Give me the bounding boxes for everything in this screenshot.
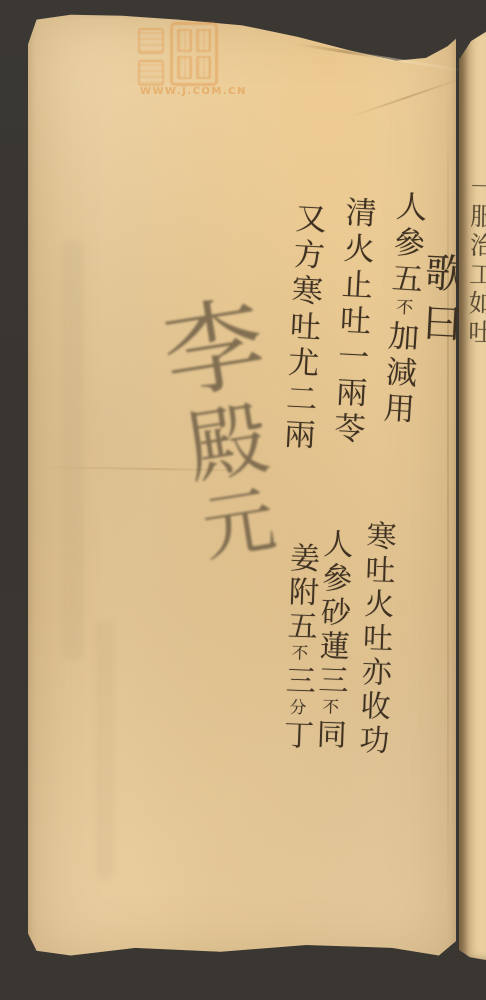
verse-text: 丁 — [277, 718, 313, 753]
verse-text-small: 分 — [287, 698, 307, 719]
scan-background: WWW.J.COM.CN 歌曰 人參五不加減用 清火止吐一兩苓 又方寒吐尤二兩 … — [0, 0, 486, 1000]
seal-glyph-block — [177, 56, 192, 79]
verse-text: 加減用 — [377, 319, 420, 429]
verse-column-bottom-3: 姜附五不三分丁 — [272, 541, 323, 753]
seal-glyph-block — [138, 60, 164, 86]
verse-text-small: 不 — [319, 698, 339, 719]
verse-text: 三 — [279, 664, 315, 699]
signature-char: 殿 — [168, 395, 273, 494]
adjacent-page-text-fragment: 一服治工如吐 — [460, 174, 486, 349]
signature-char: 元 — [185, 481, 280, 571]
signature-char: 李 — [140, 288, 272, 411]
ink-bleed-ghost — [96, 620, 114, 880]
ink-bleed-ghost — [62, 240, 84, 660]
seal-glyph-block — [138, 28, 164, 54]
verse-text: 姜附五 — [281, 541, 320, 644]
adjacent-page-edge: 一服治工如吐 — [459, 28, 486, 960]
collection-seal-stamp — [138, 20, 220, 92]
seal-glyphs-box — [170, 22, 218, 86]
verse-text: 清火止吐一兩苓 — [327, 195, 376, 449]
seal-glyph-block — [177, 29, 192, 52]
seal-glyph-block — [196, 56, 211, 79]
seal-glyph-block — [196, 29, 211, 52]
verse-text-small: 不 — [391, 297, 412, 320]
seal-glyphs-left — [138, 28, 164, 86]
verse-text: 寒吐火吐亦收功 — [353, 519, 396, 758]
website-watermark-text: WWW.J.COM.CN — [140, 86, 270, 97]
verse-text: 人參五 — [385, 189, 428, 299]
verse-text-small: 不 — [288, 644, 308, 665]
